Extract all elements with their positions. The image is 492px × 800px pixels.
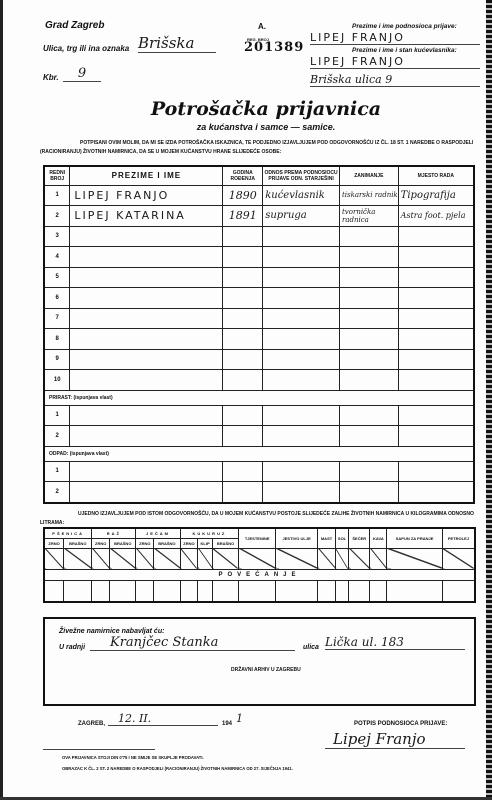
workplace [398,349,474,370]
applicant-value: LIPEJ FRANJO [310,31,480,45]
col-header-occupation: ZANIMANJE [339,166,398,185]
signature-value: Lipej Franjo [325,730,465,749]
year-prefix: 194 [222,721,232,727]
row-number: 5 [44,267,70,288]
shop-street-value: Lička ul. 183 [325,635,465,650]
increase-values-row [44,580,475,602]
col-header-name: PREZIME I IME [70,166,223,185]
workplace [398,226,474,247]
col-header-no: REDNI BROJ [44,166,70,185]
sub-header: ZRNO [136,538,154,548]
person-name [70,329,223,350]
shop-value: Kranjčec Stanka [90,635,295,651]
archive-stamp: DRŽAVNI ARHIV U ZAGREBU [231,667,301,673]
relation [263,288,340,309]
footnote-divider [43,749,155,750]
prirast-label: PRIRAST: (ispunjava vlast) [44,390,474,405]
table-row: 5 [44,267,474,288]
row-number: 10 [44,370,70,391]
col-header-relation: ODNOS PREMA PODNOSIOCU PRIJAVE ODN. STAR… [263,166,340,185]
year-suffix: 1 [236,712,243,725]
signature-label: POTPIS PODNOSIOCA PRIJAVE: [354,721,447,727]
persons-table: REDNI BROJ PREZIME I IME GODINA ROĐENJA … [43,165,475,504]
table-row: 7 [44,308,474,329]
sub-header: BRAŠNO [212,538,238,548]
occupation [339,370,398,391]
person-name: LIPEJ KATARINA [70,206,223,227]
col-header-pasta: TJESTENINE [239,528,276,548]
person-name [70,267,223,288]
footnote-regulation: OBRAZAC K ČL. 2 ST. 2 NAREDBE O RASPODJE… [62,766,293,771]
workplace [398,288,474,309]
workplace: Astra foot. pjela [398,206,474,227]
form-title: Potrošačka prijavnica [0,98,492,120]
person-name: LIPEJ FRANJO [70,185,223,206]
place-label: ZAGREB, [78,721,105,727]
sub-header: KLIP [198,538,213,548]
owner-label: Prezime i ime i stan kućevlasnika: [352,47,457,54]
sub-header: BRAŠNO [154,538,180,548]
prirast-row: 2 [44,426,474,447]
occupation [339,267,398,288]
row-number: 9 [44,349,70,370]
birth-year [223,267,263,288]
date-value: 12. II. [108,712,218,726]
table-row: 4 [44,247,474,268]
row-number: 4 [44,247,70,268]
sub-header: ZRNO [44,538,64,548]
group-header-rye: RAŽ [92,528,136,538]
row-number: 3 [44,226,70,247]
prirast-row: 1 [44,405,474,426]
odpad-label: ODPAD: (ispunjava vlast) [44,446,474,461]
col-header-salt: SOL [335,528,348,548]
relation [263,267,340,288]
row-number: 2 [44,482,70,503]
city-label: Grad Zagreb [45,20,104,31]
odpad-section-header: ODPAD: (ispunjava vlast) [44,446,474,461]
row-number: 1 [44,405,70,426]
row-number: 1 [44,185,70,206]
person-name [70,226,223,247]
relation [263,329,340,350]
occupation [339,226,398,247]
relation: kućevlasnik [263,185,340,206]
shop-street-label: ulica [303,644,319,651]
increase-header-row: POVEĆANJE [44,569,475,580]
table-row: 2 LIPEJ KATARINA 1891 supruga tvornička … [44,206,474,227]
relation [263,226,340,247]
sub-header: BRAŠNO [110,538,136,548]
footnote-price: OVA PRIJAVNICA STOJI DIN 0'75 I NE SMIJE… [62,755,204,760]
odpad-row: 2 [44,482,474,503]
row-number: 8 [44,329,70,350]
table-row: 1 LIPEJ FRANJO 1890 kućevlasnik tiskarsk… [44,185,474,206]
person-name [70,247,223,268]
form-letter: A. [258,22,266,31]
person-name [70,308,223,329]
occupation: tiskarski radnik [339,185,398,206]
owner-address: Brišska ulica 9 [310,73,480,87]
table-row: 9 [44,349,474,370]
odpad-row: 1 [44,461,474,482]
row-number: 2 [44,206,70,227]
owner-name: LIPEJ FRANJO [310,55,480,69]
col-header-petroleum: PETROLEJ [442,528,475,548]
workplace [398,267,474,288]
row-number: 2 [44,426,70,447]
form-subtitle: za kućanstva i samce — samice. [0,122,492,132]
birth-year [223,288,263,309]
birth-year [223,226,263,247]
col-header-coffee: KAVA [370,528,387,548]
shop-intro: Živežne namirnice nabavljat ću: [59,628,164,635]
col-header-year: GODINA ROĐENJA [223,166,263,185]
relation [263,349,340,370]
applicant-label: Prezime i ime podnosioca prijave: [352,23,457,30]
street-value: Brišska [138,34,216,53]
person-name [70,370,223,391]
relation [263,308,340,329]
sub-header: BRAŠNO [64,538,92,548]
scan-edge-left [0,0,3,800]
group-header-wheat: PŠENICA [44,528,92,538]
workplace [398,370,474,391]
stock-table: PŠENICA RAŽ JEČAM KUKURUZ TJESTENINE JES… [43,527,476,603]
birth-year [223,329,263,350]
street-label: Ulica, trg ili ina oznaka [43,44,129,53]
workplace [398,329,474,350]
birth-year: 1890 [223,185,263,206]
workplace [398,308,474,329]
person-name [70,349,223,370]
occupation [339,308,398,329]
occupation [339,349,398,370]
col-header-lard: MAST [318,528,336,548]
workplace [398,247,474,268]
relation: supruga [263,206,340,227]
occupation [339,329,398,350]
table-row: 6 [44,288,474,309]
declaration-stock: UJEDNO IZJAVLJUJEM POD ISTOM ODGOVORNOŠĆ… [40,510,480,528]
col-header-oil: JESTIVO ULJE [276,528,318,548]
stock-values-row [44,548,475,569]
relation [263,370,340,391]
relation [263,247,340,268]
sub-header: ZRNO [180,538,198,548]
birth-year [223,308,263,329]
col-header-soap: SAPUN ZA PRANJE [387,528,443,548]
birth-year [223,247,263,268]
col-header-sugar: ŠEĆER [349,528,370,548]
shop-section: Živežne namirnice nabavljat ću: U radnji… [43,617,476,706]
birth-year [223,370,263,391]
scan-edge-right [486,0,492,800]
workplace: Tipografija [398,185,474,206]
person-name [70,288,223,309]
row-number: 1 [44,461,70,482]
birth-year: 1891 [223,206,263,227]
sub-header: ZRNO [92,538,110,548]
birth-year [223,349,263,370]
house-no-label: Kbr. [43,73,59,82]
reg-number: 201389 [244,40,304,55]
col-header-workplace: MJESTO RADA [398,166,474,185]
occupation [339,247,398,268]
group-header-corn: KUKURUZ [180,528,239,538]
table-row: 8 [44,329,474,350]
occupation [339,288,398,309]
house-no-value: 9 [63,66,101,82]
occupation: tvornička radnica [339,206,398,227]
shop-label: U radnji [59,644,85,651]
row-number: 6 [44,288,70,309]
group-header-barley: JEČAM [136,528,180,538]
declaration-persons: POTPISANI OVIM MOLIM, DA MI SE IZDA POTR… [40,139,480,157]
table-row: 3 [44,226,474,247]
increase-label: POVEĆANJE [44,569,475,580]
prirast-section-header: PRIRAST: (ispunjava vlast) [44,390,474,405]
table-row: 10 [44,370,474,391]
row-number: 7 [44,308,70,329]
